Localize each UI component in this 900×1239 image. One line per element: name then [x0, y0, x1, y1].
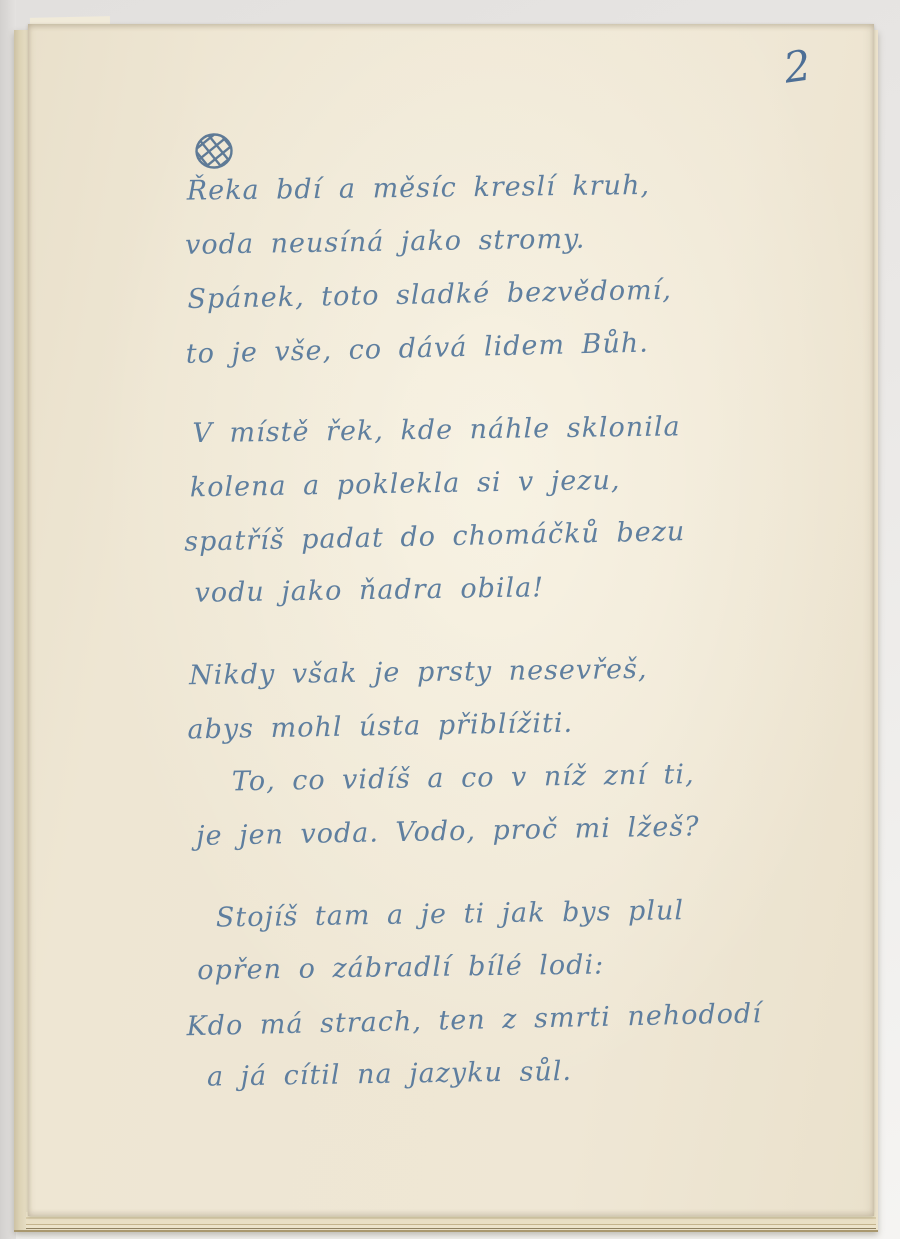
stanza-2: V místě řek, kde náhle sklonila kolena a…	[26, 411, 873, 629]
stanza-3: Nikdy však je prsty nesevřeš, abys mohl …	[28, 653, 875, 871]
poem-line: vodu jako ňadra obila!	[194, 567, 874, 631]
stanza-4: Stojíš tam a je ti jak bys plul opřen o …	[30, 895, 877, 1113]
crosshatch-circle-doodle-icon	[189, 128, 239, 175]
poem-text: Řeka bdí a měsíc kreslí kruh, voda neusí…	[25, 169, 878, 1113]
poem-line: Stojíš tam a je ti jak bys plul	[216, 892, 877, 955]
manuscript-photo: 2 Řeka bdí a mě	[0, 0, 900, 1239]
poem-line: Řeka bdí a měsíc kreslí kruh,	[187, 167, 872, 228]
page-number: 2	[781, 40, 814, 92]
poem-line: a já cítil na jazyku sůl.	[207, 1051, 878, 1115]
manuscript-page: 2 Řeka bdí a mě	[28, 24, 874, 1216]
stanza-1: Řeka bdí a měsíc kreslí kruh, voda neusí…	[25, 169, 872, 387]
